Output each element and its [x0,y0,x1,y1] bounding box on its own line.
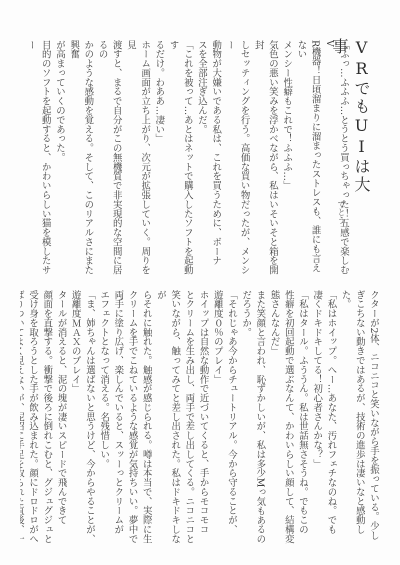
text-column: が高まっていくのであった。 [52,40,66,280]
text-column: タールが消えると、泥の塊が凄いスピードで飛んできて [53,290,67,545]
text-column: 「これを被って…あとはネットで購入したソフトを起動す [165,40,193,280]
text-column: 受け身を取ろうとした手が飲み込まれた。顔にドロドロがへ [25,290,39,545]
text-column: 「ま、姉ちゃんは選ばないと思うけど、今からやることが、 [82,290,96,545]
text-column: 笑いながら、触ってみてと差し出された。私はドキドキしなが [153,290,181,545]
text-column: 顔面を直撃する。衝撃で後ろに倒れこむと、グジュグジュと [39,290,53,545]
text-column: 両手に塗り広げ、楽しんでいると、スッーっとクリームが [110,290,124,545]
text-column: 遊離度０％のプレイ」 [210,290,224,545]
text-tier-bottom: クターが2体、ニコニコと笑いながら手を振っている。少しぎこちない動きではあるが、… [20,290,380,545]
chapter-title: VRでもUIは大事 [350,38,372,208]
text-column: クターが2体、ニコニコと笑いながら手を振っている。少し [366,290,380,545]
text-column: 動物が大嫌いである私は、これを買うために、ボーナ [208,40,222,280]
text-column: また笑顔と言われ、恥ずかしいが、私は多少Mっ気もあるの [252,290,266,545]
text-column: 遊離度ＭＡＸのプレイ」 [68,290,82,545]
text-column: 「それじゃあ今からチュートリアル。今から守ることが、 [224,290,238,545]
text-column: 「私はホイップ。へー…あなた、汚れフェチなのね。でも [323,290,337,545]
text-column: だろうか。 [238,290,252,545]
text-column: ばりついてよく見えないが、泥沼に手足を取られた直後、一 [20,290,25,545]
text-column: 性癖を初回起動で選ぶなんて、かわいらしい顔して、結構変 [281,290,295,545]
text-column: ホイップは自然な動作で近づいてくると、手からモコモコ [195,290,209,545]
text-column: エフェクトとなって消える。名残惜しい。 [96,290,110,545]
text-column: ぎこちない動きではあるが、技術の進歩は凄いなと感動した。 [337,290,365,545]
text-column: 目的のソフトを起動すると、かわいらしい猫を模したサー [30,40,52,280]
text-column: 凄くドキドキしてる！初心者さんかな？」 [309,290,323,545]
document-page: VRでもUIは大事 でとう 「ふっ…ふふふ…とうとう買っちゃった！五感で楽しむV… [0,0,400,565]
text-column: ホーム画面が立ち上がり、次元が拡張していく。周りを見 [123,40,151,280]
text-column: かのような感動を覚える。そして、このリアルさにまた興奮 [66,40,94,280]
text-column: スを全部注ぎ込んだ。 [194,40,208,280]
text-column: 態さんなんだ」 [266,290,280,545]
text-column: 気色の悪い笑みを浮かべながら、私はいそいそと箱を開封 [251,40,279,280]
text-column: R機器！日頃溜まりに溜まったストレスも、誰にも言えない [293,40,321,280]
text-column: 「ふっ…ふふふ…とうとう買っちゃった！五感で楽しむV [322,40,350,280]
text-column: 「私はタール。ふううん。私は世話無さそうね。でもこの [295,290,309,545]
text-column: るだけ。わああ…凄い」 [151,40,165,280]
text-column: メンシー性癖もこれで！ふふふ…」 [279,40,293,280]
text-column: とクリームを生み出し、両手で差し出してくる。ニコニコと [181,290,195,545]
text-column: クリームを手でこねているような感覚が気持ちいい。夢中で [124,290,138,545]
text-column: 渡すと、まるで自分がこの無機質で非実現的な空間に居るの [94,40,122,280]
text-column: しセッティングを行う。高価な買い物だったが、メンシー [222,40,250,280]
text-tier-top: 「ふっ…ふふふ…とうとう買っちゃった！五感で楽しむVR機器！日頃溜まりに溜まった… [30,40,350,280]
text-column: らそれに触れた。触感が感じられる。噂は本当で、実際に生 [139,290,153,545]
